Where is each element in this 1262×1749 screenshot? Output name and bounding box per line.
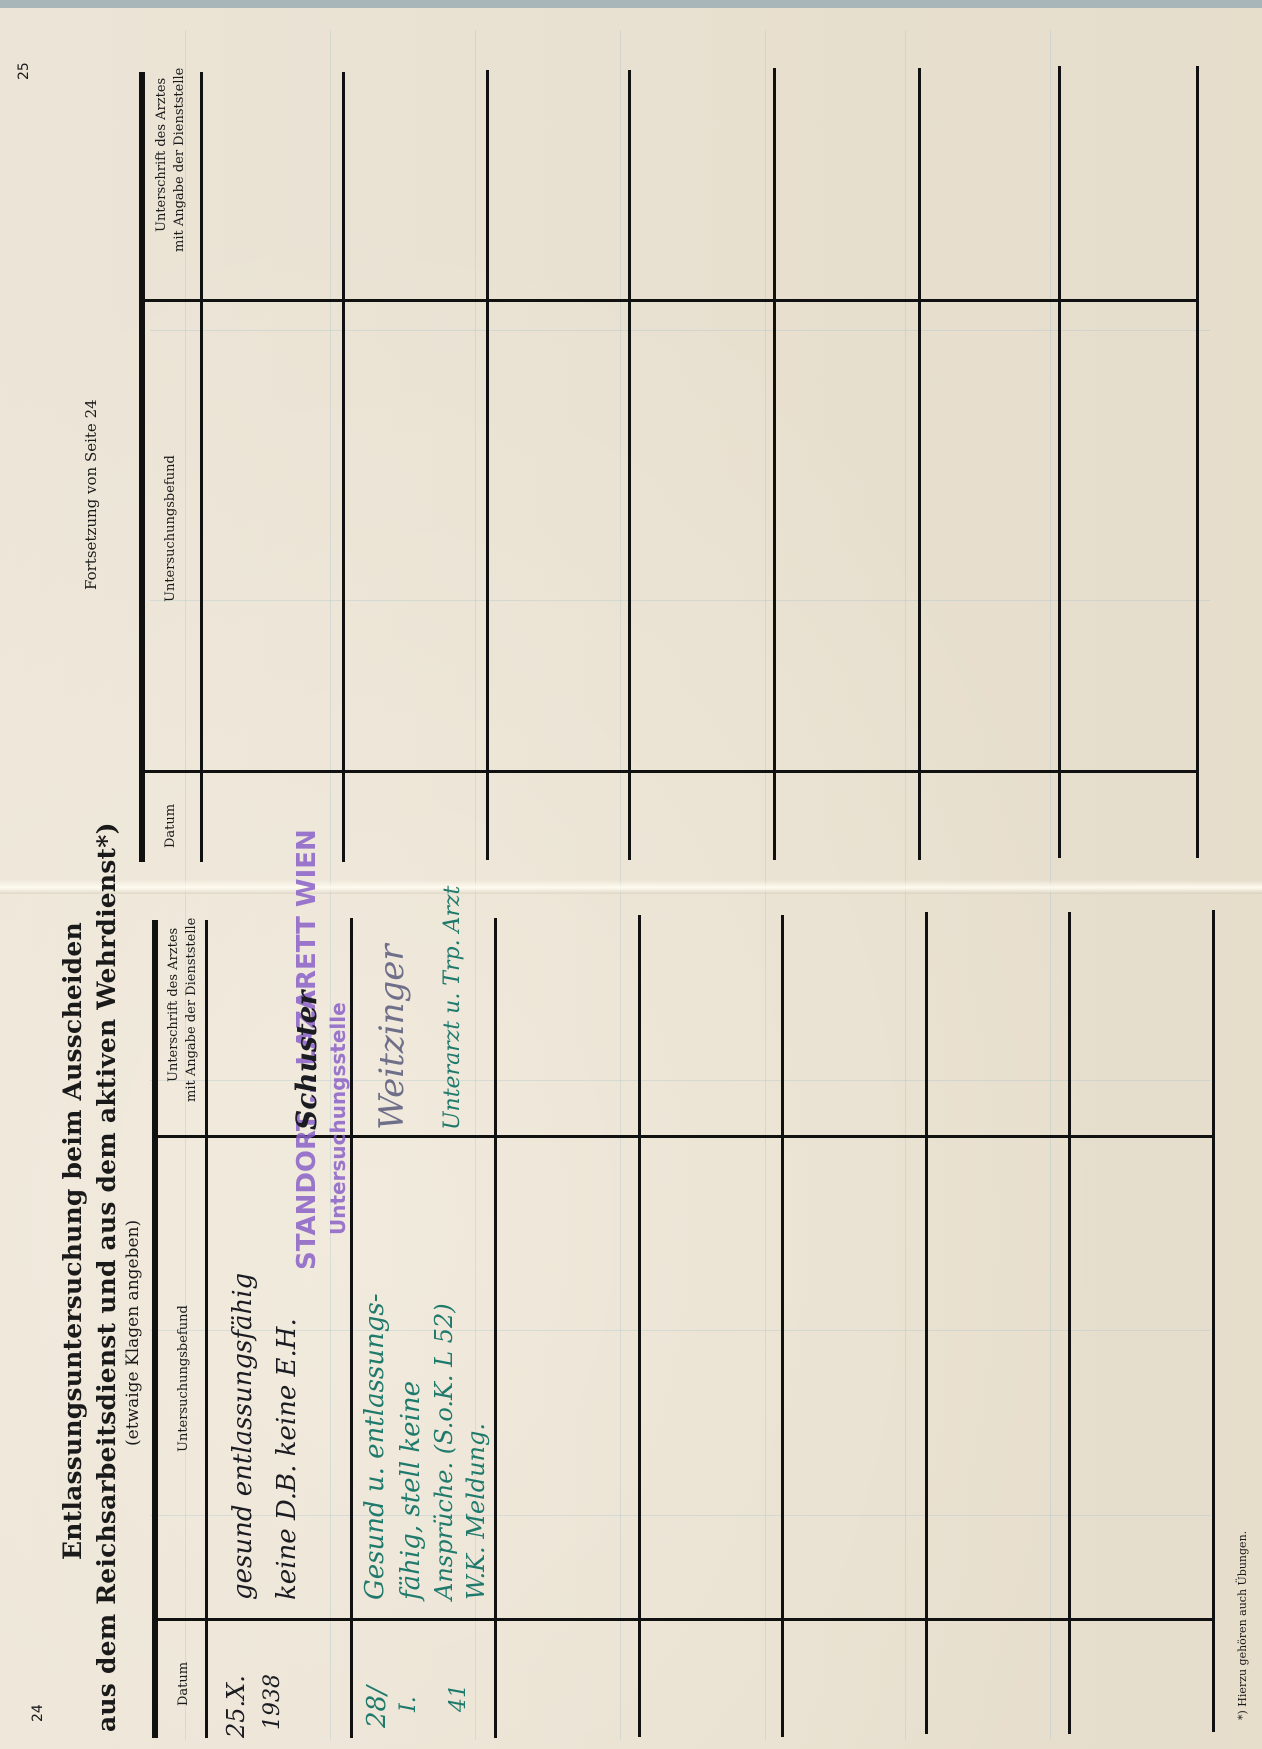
row-divider [486, 70, 489, 860]
column-divider [140, 299, 1198, 302]
row1-date-year: 1938 [260, 1674, 285, 1730]
row-divider [1196, 66, 1199, 858]
row1-finding-line1: gesund entlassungsfähig [228, 1273, 258, 1600]
row-divider [918, 68, 921, 860]
row-divider [1068, 912, 1071, 1734]
row2-finding-line4: W.K. Meldung. [462, 1423, 490, 1600]
table-header-border [152, 920, 158, 1738]
column-header-finding: Untersuchungsbefund [163, 455, 178, 602]
column-divider [152, 1618, 1214, 1621]
row2-date-day: 28/ [362, 1686, 392, 1728]
subtitle: (etwaige Klagen angeben) [123, 1220, 143, 1446]
column-header-signature-2: mit Angabe der Dienststelle [184, 918, 199, 1102]
row-divider [925, 912, 928, 1734]
row1-finding-line2: keine D.B. keine E.H. [272, 1318, 302, 1600]
page-number: 24 [30, 1704, 46, 1722]
row2-finding-line2: fähig, stell keine [396, 1381, 426, 1600]
row2-date-month: I. [396, 1696, 421, 1712]
row2-finding-line3: Ansprüche. (S.o.K. L 52) [430, 1303, 458, 1600]
row-divider [781, 915, 784, 1737]
stamp-untersuchungsstelle: Untersuchungsstelle [326, 1002, 350, 1235]
row-divider [773, 68, 776, 860]
row-divider [200, 72, 203, 862]
title-line-1: Entlassungsuntersuchung beim Ausscheiden [58, 922, 87, 1560]
column-header-date: Datum [176, 1662, 191, 1706]
row-divider [638, 915, 641, 1737]
row-divider [628, 70, 631, 860]
booklet-spread [0, 8, 1262, 1749]
row2-doctor-role: Unterarzt u. Trp. Arzt [440, 886, 465, 1130]
row-divider [350, 918, 353, 1738]
page-number: 25 [16, 62, 32, 80]
row2-date-year: 41 [446, 1684, 471, 1712]
row-divider [494, 918, 497, 1738]
row1-date-day: 25.X. [222, 1675, 250, 1738]
row-divider [1212, 910, 1215, 1732]
guide-line [150, 600, 1210, 601]
column-header-finding: Untersuchungsbefund [176, 1305, 191, 1452]
row2-doctor-signature: Weitzinger [372, 944, 412, 1130]
center-fold [0, 880, 1262, 894]
column-divider [140, 770, 1198, 773]
row1-doctor-signature: Schuster [290, 991, 323, 1130]
guide-line [150, 330, 1210, 331]
column-header-date: Datum [163, 804, 178, 848]
footnote: *) Hierzu gehören auch Übungen. [1236, 1531, 1249, 1720]
guide-line [150, 1330, 1210, 1331]
guide-line [150, 1515, 1210, 1516]
table-header-border [139, 72, 145, 862]
column-header-signature-2: mit Angabe der Dienststelle [172, 68, 187, 252]
column-header-signature-1: Unterschrift des Arztes [166, 928, 181, 1082]
title-line-2: aus dem Reichsarbeitsdienst und aus dem … [92, 822, 121, 1732]
column-header-signature-1: Unterschrift des Arztes [154, 78, 169, 232]
row-divider [205, 920, 208, 1738]
continuation-note: Fortsetzung von Seite 24 [82, 399, 100, 590]
row2-finding-line1: Gesund u. entlassungs- [360, 1293, 390, 1600]
row-divider [342, 72, 345, 862]
row-divider [1058, 66, 1061, 858]
